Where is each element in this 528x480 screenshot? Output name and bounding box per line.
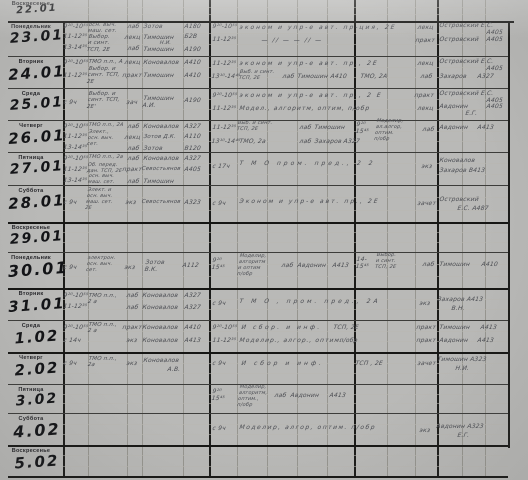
handwritten-entry: Коновалов bbox=[439, 157, 476, 164]
handwritten-entry: 11-12³⁵ bbox=[63, 303, 88, 310]
handwritten-entry: Тимошин А.И. bbox=[142, 95, 174, 109]
handwritten-entry: Островский bbox=[439, 36, 479, 43]
handwritten-entry: ТМО, 2А bbox=[360, 73, 388, 80]
grid-subline bbox=[63, 455, 508, 456]
handwritten-entry: Коновалов bbox=[143, 123, 180, 130]
handwritten-entry: с 9ч bbox=[63, 99, 77, 106]
handwritten-entry: Выб. и синт. ТСП, 2Е bbox=[238, 70, 274, 82]
handwritten-entry: А327 bbox=[184, 304, 201, 311]
handwritten-entry: 11-12³⁵ bbox=[212, 36, 237, 43]
handwritten-entry: практ bbox=[122, 72, 143, 79]
handwritten-entry: Е.С. А487 bbox=[457, 205, 489, 212]
handwritten-entry: электрон. осн. выч. сет. bbox=[86, 256, 116, 274]
handwritten-entry: 11-12³⁵ bbox=[212, 105, 237, 112]
handwritten-entry: Тимошин bbox=[143, 72, 174, 79]
handwritten-entry: эконом и упр-е авт. пр., 2 Е bbox=[239, 92, 383, 99]
handwritten-entry: экз bbox=[126, 360, 138, 367]
handwritten-entry: А327 bbox=[184, 155, 201, 162]
grid-row-line bbox=[8, 476, 508, 478]
handwritten-entry: В.Н. bbox=[451, 305, 465, 312]
day-date-handwritten: 29.01 bbox=[7, 228, 66, 248]
handwritten-entry: Коновалов bbox=[143, 155, 180, 162]
handwritten-entry: А413 bbox=[332, 262, 349, 269]
grid-row-line bbox=[8, 413, 508, 414]
handwritten-entry: лаб bbox=[420, 73, 433, 80]
grid-subline bbox=[63, 141, 508, 142]
grid-row-line bbox=[8, 222, 508, 224]
handwritten-entry: зачет bbox=[417, 360, 437, 367]
grid-vline-thick bbox=[209, 0, 211, 476]
handwritten-entry: Авдонин bbox=[297, 262, 327, 269]
handwritten-entry: — // — — // — bbox=[261, 37, 323, 44]
handwritten-entry: Севостьянов bbox=[141, 199, 181, 205]
handwritten-entry: практ bbox=[416, 337, 437, 344]
day-date-handwritten: 5.02 bbox=[7, 451, 66, 473]
handwritten-entry: Тимошин bbox=[297, 73, 328, 80]
handwritten-entry: лаб bbox=[127, 178, 140, 185]
handwritten-entry: лаб bbox=[127, 23, 140, 30]
handwritten-entry: 9²⁰-10⁵⁵ bbox=[212, 92, 238, 99]
handwritten-entry: А410 bbox=[330, 73, 347, 80]
grid-subline bbox=[63, 331, 508, 332]
handwritten-entry: Выб. и синт. ТСП, 2Е bbox=[236, 121, 272, 133]
grid-subline bbox=[63, 210, 508, 211]
handwritten-entry: с 9ч bbox=[212, 360, 226, 367]
handwritten-entry: Коновалов bbox=[143, 59, 180, 66]
handwritten-entry: Коновалов bbox=[142, 304, 179, 311]
handwritten-entry: зачет bbox=[417, 200, 437, 207]
handwritten-entry: Севостьянов bbox=[141, 166, 181, 172]
grid-row-line bbox=[8, 320, 508, 321]
handwritten-entry: ТМО п.п., 2а bbox=[88, 155, 123, 161]
grid-subline bbox=[63, 174, 508, 175]
grid-subline bbox=[63, 7, 508, 8]
handwritten-entry: практ bbox=[415, 37, 436, 44]
handwritten-entry: 9²⁰-10⁵⁵ bbox=[63, 23, 89, 30]
handwritten-entry: лаб bbox=[422, 261, 435, 268]
handwritten-entry: лаб bbox=[281, 262, 294, 269]
handwritten-entry: Коновалов bbox=[142, 292, 179, 299]
day-date-handwritten: 27.01 bbox=[7, 158, 66, 178]
handwritten-entry: лекц bbox=[417, 60, 434, 67]
handwritten-entry: лекц bbox=[124, 34, 141, 41]
handwritten-entry: лекц bbox=[124, 134, 141, 141]
grid-subline bbox=[63, 466, 508, 467]
handwritten-entry: А405 bbox=[486, 65, 503, 72]
handwritten-entry: эконом и упр-е авт. пр-ция, 2Е bbox=[239, 24, 397, 31]
day-date-handwritten: 23.01 bbox=[7, 27, 66, 47]
handwritten-entry: Островский Е.С. bbox=[439, 58, 494, 65]
handwritten-entry: Выбор. и синт. ТСП, 2Е' bbox=[86, 91, 121, 110]
handwritten-entry: лаб bbox=[282, 73, 295, 80]
handwritten-entry: 9²⁰-10⁵⁵ bbox=[63, 324, 89, 331]
handwritten-entry: 13¹⁰-14⁴⁵ bbox=[211, 138, 241, 145]
handwritten-entry: Эконом и упр-е авт. пр., 2Е bbox=[239, 198, 380, 205]
day-date-handwritten: 25.01 bbox=[7, 94, 66, 114]
grid-row-line bbox=[8, 288, 508, 290]
handwritten-entry: А.В. bbox=[167, 366, 181, 373]
handwritten-entry: Зотов bbox=[143, 23, 163, 30]
handwritten-entry: 11-12³⁵ bbox=[212, 337, 237, 344]
handwritten-entry: 13-14³⁵ bbox=[63, 44, 88, 51]
handwritten-entry: А110 bbox=[184, 133, 201, 140]
grid-row-line bbox=[8, 88, 508, 89]
grid-vline bbox=[183, 0, 184, 476]
grid-row-line bbox=[8, 445, 508, 447]
grid-vline bbox=[415, 0, 416, 476]
handwritten-entry: А413 bbox=[329, 392, 346, 399]
handwritten-entry: лаб bbox=[274, 392, 287, 399]
handwritten-entry: экз bbox=[419, 300, 431, 307]
handwritten-entry: с 9ч bbox=[212, 200, 226, 207]
grid-vline bbox=[297, 0, 298, 476]
handwritten-entry: лаб bbox=[422, 126, 435, 133]
handwritten-entry: Модел., алгоритм, оптим, п/обр bbox=[239, 105, 371, 112]
grid-vline-thick bbox=[437, 0, 439, 476]
handwritten-entry: Тимошин bbox=[439, 324, 470, 331]
handwritten-entry: лекц bbox=[124, 59, 141, 66]
handwritten-entry: Островский Е.С. bbox=[439, 90, 494, 97]
handwritten-entry: с 9ч bbox=[212, 425, 226, 432]
handwritten-entry: Островский bbox=[439, 196, 479, 203]
handwritten-entry: Е.Г. bbox=[457, 432, 470, 439]
handwritten-entry: Т М О , пром. пред., 2А bbox=[239, 298, 381, 305]
handwritten-entry: Зотов bbox=[143, 145, 163, 152]
handwritten-entry: Моделир, алгоритм и оптим п/обр bbox=[237, 254, 267, 278]
grid-vline bbox=[327, 0, 328, 476]
handwritten-entry: Тимошин bbox=[143, 178, 174, 185]
handwritten-entry: И сбор. и инф. bbox=[241, 324, 322, 331]
handwritten-entry: эконом и упр-е авт. пр., 2Е bbox=[239, 60, 379, 67]
handwritten-entry: А112 bbox=[182, 262, 199, 269]
handwritten-entry: А323 bbox=[184, 199, 201, 206]
handwritten-entry: А413 bbox=[480, 324, 497, 331]
day-date-handwritten: 31.01 bbox=[7, 294, 66, 316]
handwritten-entry: Н.И. bbox=[455, 365, 470, 372]
handwritten-entry: Моделир., алгор., оптим. bbox=[239, 337, 343, 344]
handwritten-entry: 14- 15⁴⁵ bbox=[355, 256, 370, 270]
handwritten-entry: А327 bbox=[477, 73, 494, 80]
handwritten-entry: А190 bbox=[184, 46, 201, 53]
grid-row-line bbox=[8, 185, 508, 186]
handwritten-entry: 11-12³⁵ bbox=[63, 133, 88, 140]
handwritten-entry: ТМО, 2а bbox=[239, 138, 266, 145]
handwritten-entry: экз bbox=[124, 264, 136, 271]
day-date-handwritten: 2.02 bbox=[7, 358, 66, 380]
handwritten-entry: лаб bbox=[299, 138, 312, 145]
handwritten-entry: Элект., осн. выч. сет. bbox=[87, 130, 115, 148]
grid-row-line bbox=[8, 56, 508, 57]
handwritten-entry: ТМО п.п., 2 а bbox=[87, 322, 117, 335]
handwritten-entry: 11-12³⁵ bbox=[63, 72, 88, 79]
handwritten-entry: Коновалов bbox=[142, 324, 179, 331]
handwritten-entry: А405 bbox=[184, 166, 201, 173]
handwritten-entry: Захаров bbox=[439, 73, 467, 80]
handwritten-entry: 9²⁰-10⁵⁵ bbox=[63, 292, 89, 299]
handwritten-entry: 9²⁰ 15⁴⁵ bbox=[211, 257, 226, 271]
handwritten-entry: экз bbox=[419, 427, 431, 434]
handwritten-entry: ТСП, 2Е bbox=[333, 324, 359, 331]
handwritten-entry: А410 bbox=[184, 72, 201, 79]
grid-subline bbox=[63, 276, 508, 277]
handwritten-entry: экз bbox=[125, 199, 137, 206]
handwritten-entry: 13¹⁰-14⁴⁵ bbox=[211, 73, 241, 80]
handwritten-entry: Зотов В.К. bbox=[144, 259, 165, 273]
handwritten-entry: п/обр bbox=[339, 337, 358, 344]
handwritten-entry: с 14ч bbox=[63, 337, 81, 344]
grid-subline bbox=[63, 14, 508, 15]
handwritten-entry: 9²⁰-10⁵⁵ bbox=[63, 59, 89, 66]
handwritten-entry: А413 bbox=[477, 337, 494, 344]
handwritten-entry: Захаров А413 bbox=[437, 296, 484, 303]
handwritten-entry: ТМО п.п., 2А bbox=[88, 123, 124, 129]
handwritten-entry: Б2В bbox=[184, 33, 198, 40]
handwritten-entry: лаб bbox=[299, 124, 312, 131]
handwritten-entry: лекц bbox=[417, 105, 434, 112]
handwritten-entry: 9²⁰-10⁵⁵ bbox=[212, 324, 238, 331]
handwritten-entry: практ bbox=[122, 166, 143, 173]
grid-vline bbox=[462, 0, 463, 476]
handwritten-entry: экз bbox=[126, 337, 138, 344]
day-date-handwritten: 30.01 bbox=[7, 258, 66, 281]
handwritten-entry: Зотов Д.К. bbox=[143, 134, 176, 140]
handwritten-entry: А410 bbox=[184, 59, 201, 66]
handwritten-entry: Авдонин bbox=[439, 124, 469, 131]
grid-vline-thick bbox=[63, 21, 65, 476]
handwritten-entry: с 9ч bbox=[212, 300, 226, 307]
handwritten-entry: 9²⁰-10⁵⁵ bbox=[63, 123, 89, 130]
day-date-handwritten: 24.01 bbox=[7, 62, 66, 84]
handwritten-entry: ТМО п.п., 2а bbox=[87, 356, 117, 369]
handwritten-entry: 9²⁰ 15⁴⁵ bbox=[211, 388, 226, 402]
handwritten-entry: лаб bbox=[126, 292, 139, 299]
day-date-handwritten: 3.02 bbox=[7, 390, 66, 410]
handwritten-entry: с 9ч bbox=[63, 360, 77, 367]
handwritten-entry: лаб bbox=[127, 155, 140, 162]
handwritten-entry: с 17ч bbox=[212, 163, 230, 170]
handwritten-entry: Тимошин bbox=[143, 46, 174, 53]
grid-subline bbox=[63, 131, 508, 132]
handwritten-entry: Захаров В413 bbox=[439, 167, 486, 174]
handwritten-entry: с 9ч bbox=[63, 199, 77, 206]
handwritten-entry: Т М О пром. пред., 2 2 bbox=[239, 160, 376, 167]
handwritten-entry: Авдонин bbox=[439, 337, 469, 344]
handwritten-entry: А405 bbox=[486, 36, 503, 43]
handwritten-entry: А410 bbox=[184, 324, 201, 331]
grid-subline bbox=[63, 242, 508, 243]
handwritten-entry: Выбор. и синт. ТСП, 2Е bbox=[86, 66, 121, 85]
handwritten-entry: с 9ч bbox=[63, 264, 77, 271]
schedule-page: Воскресенье22.01Понедельник23.019²⁰-10⁵⁵… bbox=[0, 0, 528, 480]
handwritten-entry: практ bbox=[416, 324, 437, 331]
handwritten-entry: Тимошин bbox=[439, 261, 470, 268]
handwritten-entry: ТСП , 2Е bbox=[355, 360, 383, 367]
handwritten-entry: И сбор и инф. bbox=[241, 360, 324, 367]
grid-subline bbox=[63, 403, 508, 404]
handwritten-entry: А413 bbox=[477, 124, 494, 131]
handwritten-entry: Коновалов bbox=[143, 357, 180, 364]
grid-subline bbox=[63, 67, 508, 68]
handwritten-entry: Островский Е.С. bbox=[439, 22, 494, 29]
day-date-handwritten: 1.02 bbox=[7, 326, 66, 348]
handwritten-entry: Тимошин А323 bbox=[437, 356, 487, 363]
handwritten-entry: А190 bbox=[184, 97, 201, 104]
handwritten-entry: 9²⁰ 15⁴⁵ bbox=[355, 121, 370, 135]
handwritten-entry: Выбор. и синт. ТСП, 2Е bbox=[375, 253, 399, 271]
handwritten-entry: А405 bbox=[486, 103, 503, 110]
handwritten-entry: 13-14³⁵ bbox=[63, 144, 88, 151]
handwritten-entry: 9²⁰-10⁵⁵ bbox=[212, 23, 238, 30]
handwritten-entry: Е.Г. bbox=[465, 110, 478, 117]
handwritten-entry: А413 bbox=[184, 337, 201, 344]
handwritten-entry: Моделир, алгор, оптим. п/обр bbox=[239, 424, 376, 431]
handwritten-entry: А180 bbox=[184, 23, 201, 30]
handwritten-entry: 11-12³⁵ bbox=[212, 124, 237, 131]
handwritten-entry: осн. выч. маш. сет. bbox=[87, 174, 115, 186]
handwritten-entry: практ bbox=[414, 92, 435, 99]
handwritten-entry: Захаров bbox=[314, 138, 342, 145]
grid-vline-thick bbox=[508, 21, 510, 448]
handwritten-entry: ТМО п.п., А bbox=[88, 59, 123, 65]
handwritten-entry: Авдонин А323 bbox=[436, 423, 484, 430]
handwritten-entry: 11-12³⁵ bbox=[63, 33, 88, 40]
handwritten-entry: А327 bbox=[184, 123, 201, 130]
handwritten-entry: Авдонин bbox=[439, 103, 469, 110]
handwritten-entry: Тимошин bbox=[314, 124, 345, 131]
handwritten-entry: Моделир, алгоритм, оптим., п/обр bbox=[237, 385, 269, 409]
handwritten-entry: 11-12³⁵ bbox=[212, 60, 237, 67]
handwritten-entry: лаб bbox=[126, 304, 139, 311]
grid-row-line bbox=[8, 352, 508, 354]
grid-row-line bbox=[8, 152, 508, 153]
handwritten-entry: лаб bbox=[127, 123, 140, 130]
grid-subline bbox=[63, 434, 508, 435]
grid-subline bbox=[63, 232, 508, 233]
grid-vline-thick bbox=[354, 0, 356, 476]
handwritten-entry: лаб bbox=[127, 145, 140, 152]
grid-subline bbox=[63, 373, 508, 374]
handwritten-entry: 13-14³⁵ bbox=[63, 177, 88, 184]
handwritten-entry: 11-12³⁵ bbox=[63, 166, 88, 173]
day-date-handwritten: 26.01 bbox=[7, 126, 66, 148]
day-date-handwritten: 4.02 bbox=[7, 419, 66, 442]
handwritten-entry: Коновалов bbox=[142, 337, 179, 344]
handwritten-entry: Выбор. и синт. ТСП, 2Е bbox=[86, 34, 112, 53]
handwritten-entry: ТМО п.п., 2 а bbox=[87, 293, 117, 306]
handwritten-entry: Авдонин bbox=[290, 392, 320, 399]
handwritten-entry: А327 bbox=[343, 138, 360, 145]
handwritten-entry: Моделир, ал.алгор, оптим. п/обр bbox=[374, 119, 404, 143]
handwritten-entry: экз bbox=[421, 163, 433, 170]
day-date-handwritten: 28.01 bbox=[7, 191, 66, 213]
grid-vline bbox=[387, 0, 388, 476]
handwritten-entry: лекц bbox=[417, 24, 434, 31]
handwritten-entry: 9²⁰-10⁵⁵ bbox=[63, 155, 89, 162]
handwritten-entry: лаб bbox=[127, 45, 140, 52]
handwritten-entry: практ bbox=[122, 324, 143, 331]
handwritten-entry: В120 bbox=[184, 145, 201, 152]
handwritten-entry: Элект. и осн. выч. маш. сет. 2Е bbox=[85, 188, 115, 212]
handwritten-entry: А327 bbox=[184, 292, 201, 299]
handwritten-entry: зач bbox=[126, 99, 138, 106]
handwritten-entry: А410 bbox=[481, 261, 498, 268]
